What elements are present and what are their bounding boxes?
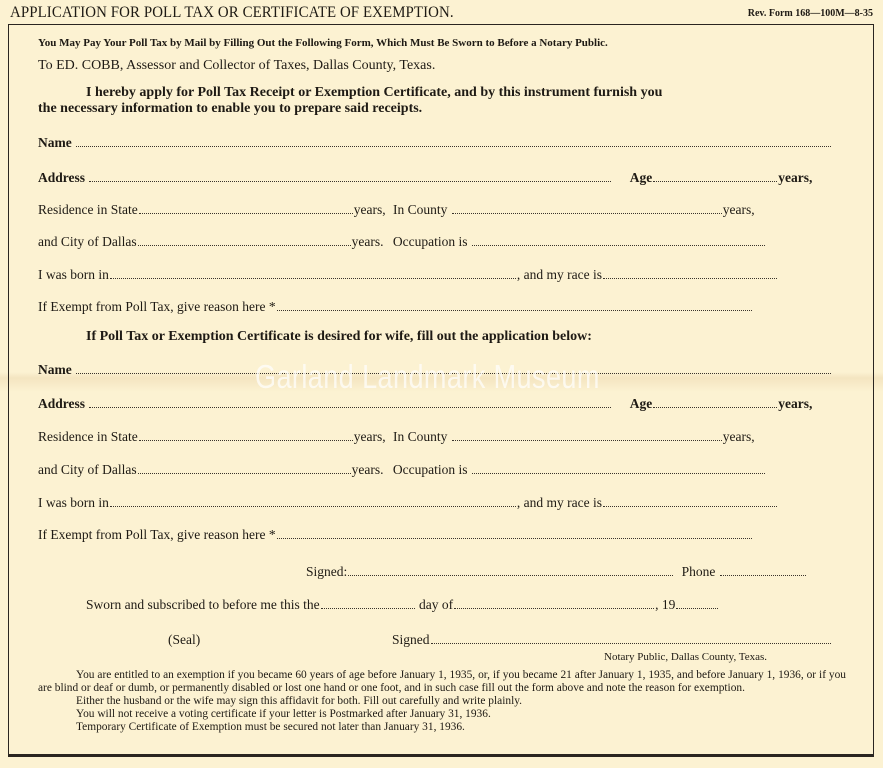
seal-label: (Seal): [168, 632, 200, 648]
residence-state-label: Residence in State: [38, 202, 138, 217]
residence-state-label: Residence in State: [38, 429, 138, 444]
phone-field[interactable]: [720, 574, 806, 576]
applicant-exempt-reason-field[interactable]: [277, 309, 752, 311]
applicant-address-row: Address Ageyears,: [38, 170, 812, 186]
declaration-line-2: the necessary information to enable you …: [38, 101, 422, 117]
applicant-county-field[interactable]: [452, 212, 722, 214]
years-label: years,: [723, 202, 755, 217]
exempt-label: If Exempt from Poll Tax, give reason her…: [38, 527, 276, 542]
wife-city-row: and City of Dallasyears. Occupation is: [38, 462, 766, 478]
applicant-city-years-field[interactable]: [138, 244, 351, 246]
notary-signed-label: Signed: [392, 632, 430, 647]
applicant-birth-row: I was born in, and my race is: [38, 267, 778, 283]
sworn-year-field[interactable]: [676, 607, 718, 609]
applicant-name-row: Name: [38, 135, 832, 151]
applicant-birthplace-field[interactable]: [110, 277, 516, 279]
declaration-line-1: I hereby apply for Poll Tax Receipt or E…: [86, 85, 662, 101]
wife-address-row: Address Ageyears,: [38, 396, 812, 412]
wife-exempt-reason-field[interactable]: [277, 537, 752, 539]
applicant-name-field[interactable]: [76, 145, 831, 147]
address-label: Address: [38, 396, 85, 411]
year-label: , 19: [655, 597, 675, 612]
applicant-residence-row: Residence in Stateyears, In County years…: [38, 202, 755, 218]
sworn-label: Sworn and subscribed to before me this t…: [86, 597, 320, 612]
signed-row: Signed: Phone: [306, 564, 807, 580]
exempt-label: If Exempt from Poll Tax, give reason her…: [38, 299, 276, 314]
signed-label: Signed:: [306, 564, 347, 579]
in-county-label: In County: [393, 429, 447, 444]
applicant-residence-state-field[interactable]: [139, 212, 353, 214]
wife-occupation-field[interactable]: [472, 472, 765, 474]
years-label: years.: [352, 234, 384, 249]
wife-address-field[interactable]: [89, 406, 611, 408]
applicant-race-field[interactable]: [603, 277, 777, 279]
age-label: Age: [630, 396, 653, 411]
years-label: years,: [778, 170, 812, 185]
either-spouse-note: Either the husband or the wife may sign …: [38, 695, 846, 708]
born-label: I was born in: [38, 267, 109, 282]
footnotes: You are entitled to an exemption if you …: [38, 669, 846, 734]
wife-age-field[interactable]: [653, 406, 777, 408]
postmark-notice: You will not receive a voting certificat…: [38, 708, 846, 721]
born-label: I was born in: [38, 495, 109, 510]
mail-notice: You May Pay Your Poll Tax by Mail by Fil…: [38, 37, 608, 49]
city-label: and City of Dallas: [38, 234, 137, 249]
applicant-age-field[interactable]: [653, 180, 777, 182]
wife-city-years-field[interactable]: [138, 472, 351, 474]
wife-race-field[interactable]: [603, 505, 777, 507]
race-label: , and my race is: [517, 495, 602, 510]
sworn-day-field[interactable]: [321, 607, 415, 609]
wife-birth-row: I was born in, and my race is: [38, 495, 778, 511]
race-label: , and my race is: [517, 267, 602, 282]
phone-label: Phone: [682, 564, 716, 579]
form-number: Rev. Form 168—100M—8-35: [748, 8, 873, 19]
sworn-month-field[interactable]: [454, 607, 654, 609]
addressee-line: To ED. COBB, Assessor and Collector of T…: [38, 58, 435, 74]
wife-exempt-row: If Exempt from Poll Tax, give reason her…: [38, 527, 753, 543]
years-label: years,: [354, 429, 386, 444]
wife-name-field[interactable]: [76, 372, 831, 374]
notary-signed-row: Signed: [392, 632, 832, 648]
address-label: Address: [38, 170, 85, 185]
wife-residence-state-field[interactable]: [139, 439, 353, 441]
city-label: and City of Dallas: [38, 462, 137, 477]
notary-caption: Notary Public, Dallas County, Texas.: [604, 651, 767, 663]
applicant-city-row: and City of Dallasyears. Occupation is: [38, 234, 766, 250]
wife-birthplace-field[interactable]: [110, 505, 516, 507]
years-label: years.: [352, 462, 384, 477]
wife-county-field[interactable]: [452, 439, 722, 441]
applicant-address-field[interactable]: [89, 180, 611, 182]
in-county-label: In County: [393, 202, 447, 217]
sworn-row: Sworn and subscribed to before me this t…: [86, 597, 719, 613]
years-label: years,: [778, 396, 812, 411]
age-label: Age: [630, 170, 653, 185]
applicant-exempt-row: If Exempt from Poll Tax, give reason her…: [38, 299, 753, 315]
wife-name-row: Name: [38, 362, 832, 378]
years-label: years,: [723, 429, 755, 444]
name-label: Name: [38, 362, 72, 377]
occupation-label: Occupation is: [393, 462, 468, 477]
wife-residence-row: Residence in Stateyears, In County years…: [38, 429, 755, 445]
day-of-label: day of: [419, 597, 453, 612]
occupation-label: Occupation is: [393, 234, 468, 249]
form-title: APPLICATION FOR POLL TAX OR CERTIFICATE …: [10, 4, 454, 22]
years-label: years,: [354, 202, 386, 217]
notary-signature-field[interactable]: [431, 642, 831, 644]
applicant-signature-field[interactable]: [348, 574, 673, 576]
applicant-occupation-field[interactable]: [472, 244, 765, 246]
exemption-text: You are entitled to an exemption if you …: [38, 669, 846, 695]
temporary-certificate-note: Temporary Certificate of Exemption must …: [38, 721, 846, 734]
name-label: Name: [38, 135, 72, 150]
wife-section-heading: If Poll Tax or Exemption Certificate is …: [86, 329, 592, 345]
